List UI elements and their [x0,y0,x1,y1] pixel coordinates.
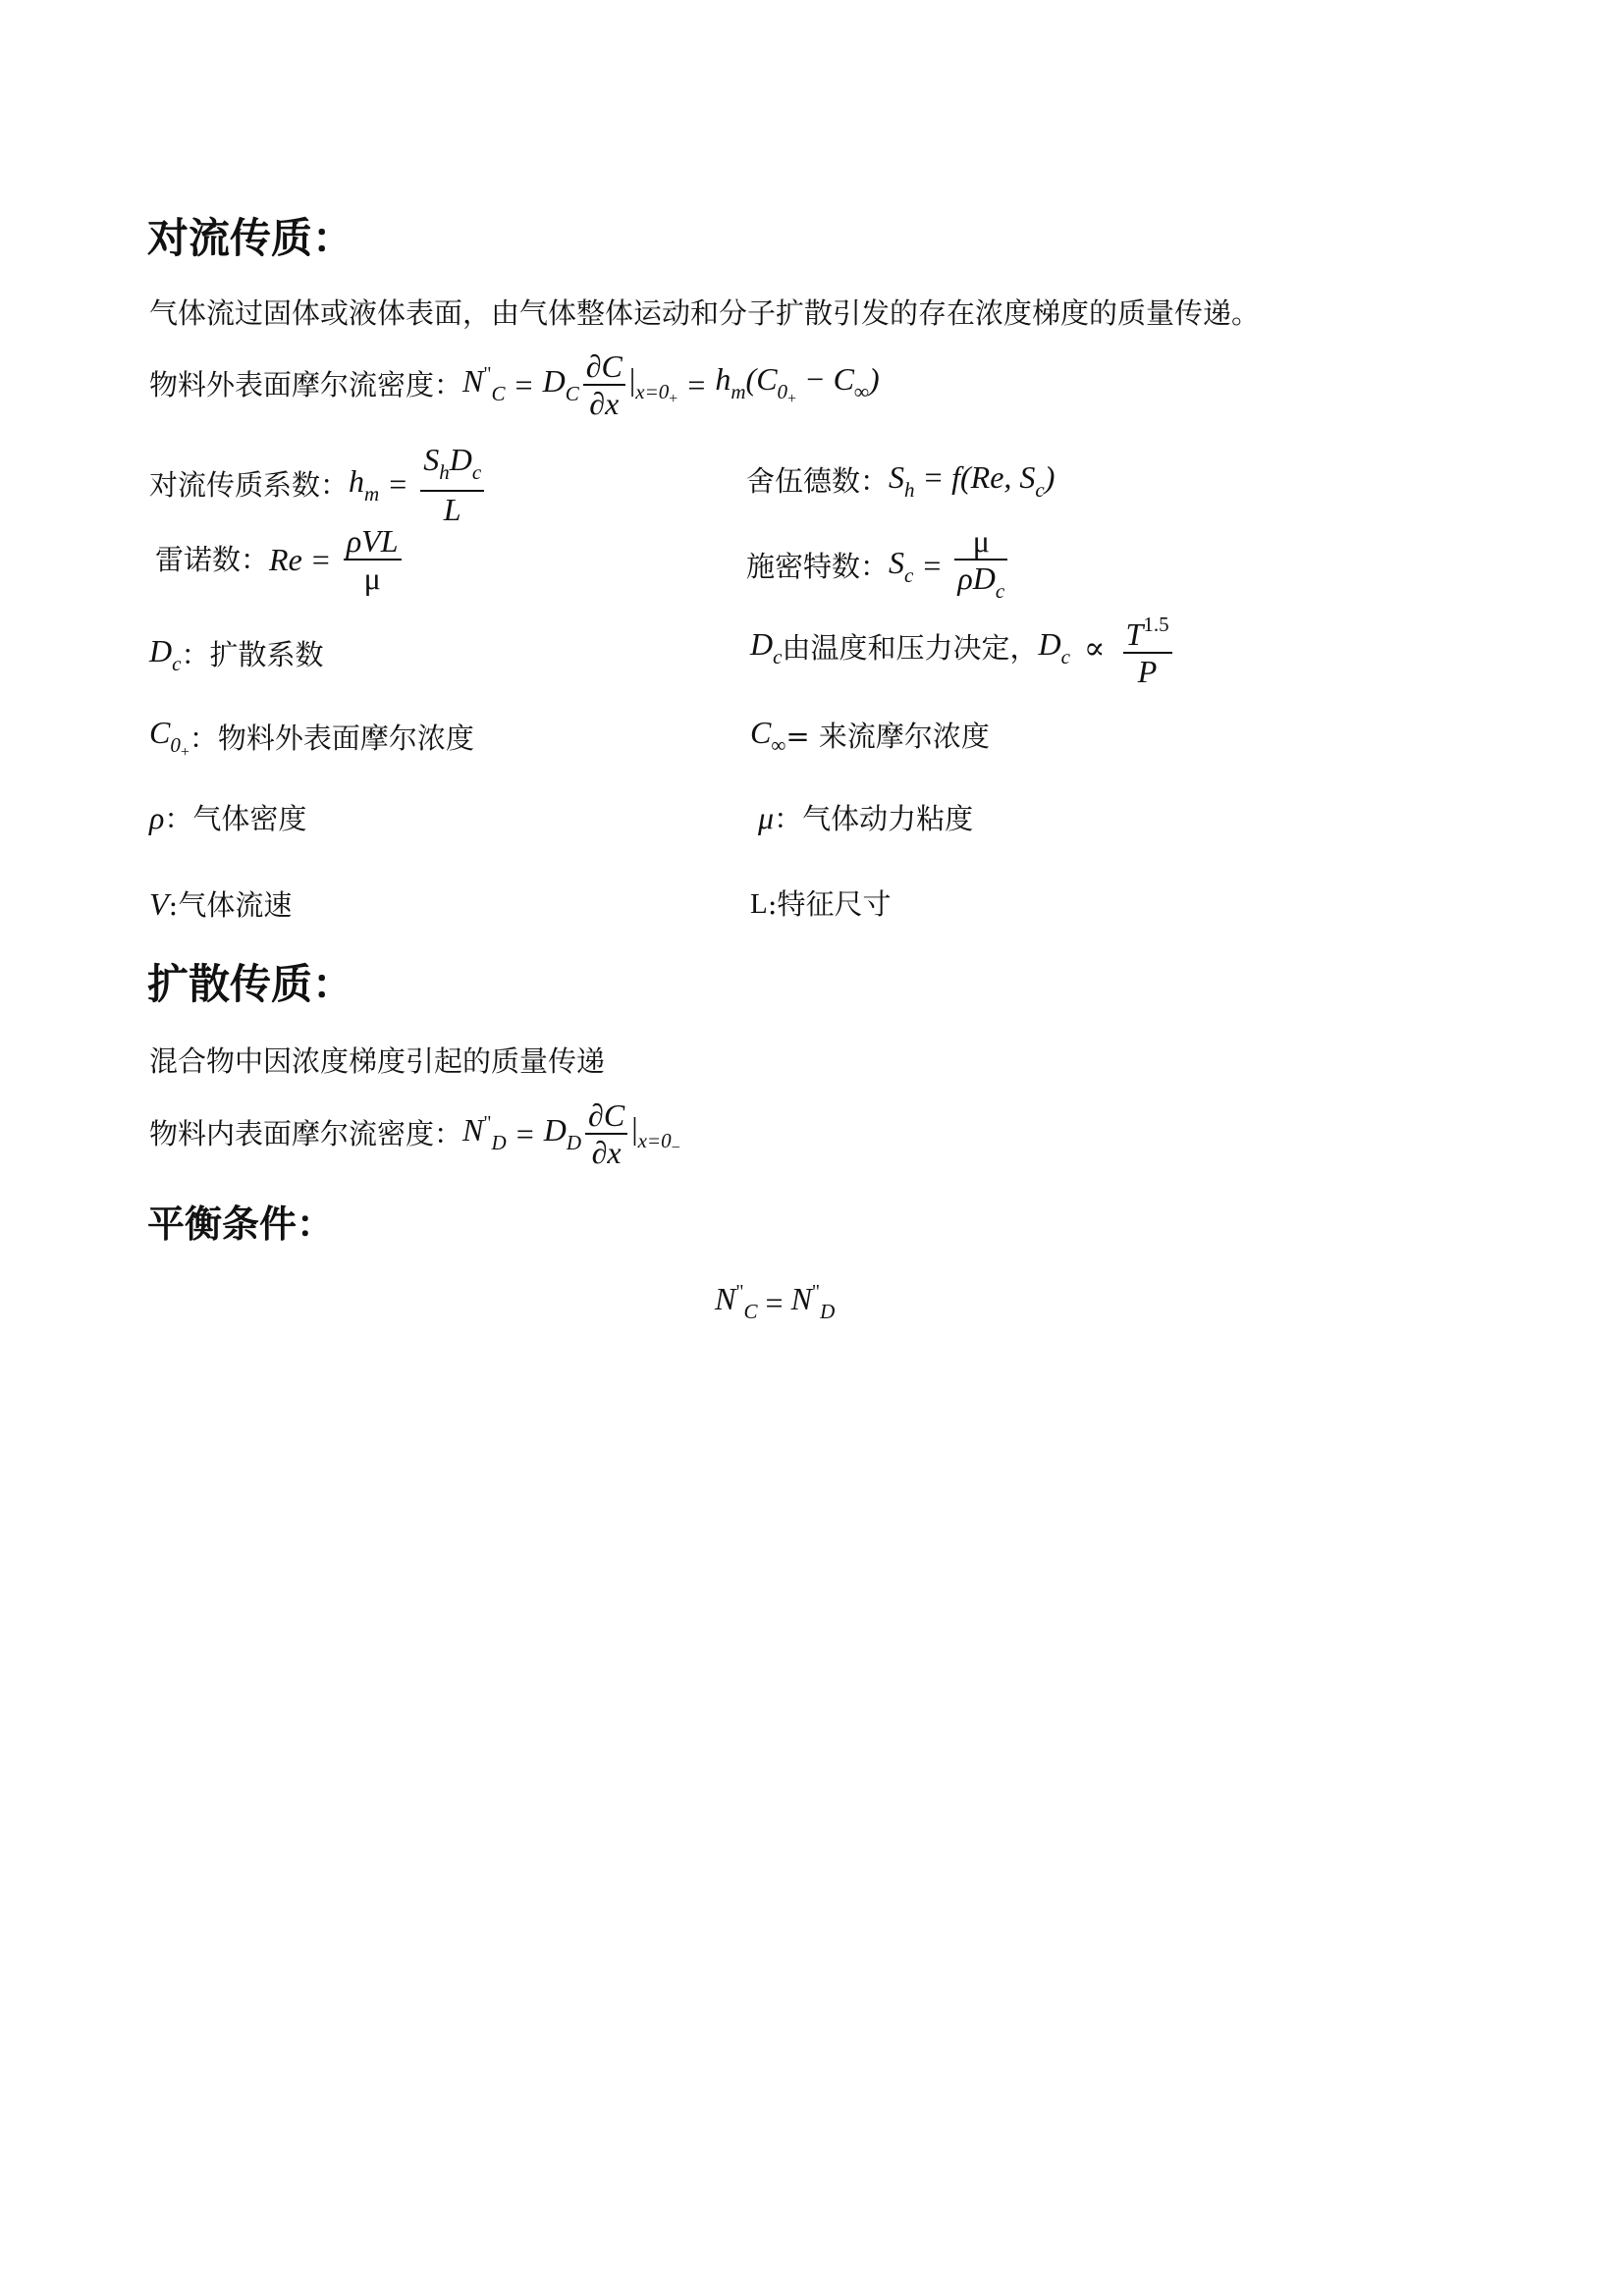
reynolds-number: 雷诺数： Re = ρVL μ [155,523,406,596]
schmidt-label: 施密特数： [746,549,889,584]
balance-equation: N"C = N"D [715,1281,835,1324]
coeff-fraction: ShDc L [420,442,484,527]
reynolds-label: 雷诺数： [155,542,269,577]
flux-coef: DC [543,363,579,406]
diffusion-flux-equation: 物料内表面摩尔流密度： N"D = DD ∂C ∂x |x=0− [149,1097,680,1170]
schmidt-fraction: μ ρDc [954,523,1007,609]
sherwood-number: 舍伍德数： Sh = f(Re, Sc) [746,459,1055,503]
cinf-definition: C∞ = 来流摩尔浓度 [750,715,990,758]
flux-fraction: ∂C ∂x [583,348,625,421]
dc-dependence: Dc 由温度和压力决定， Dc ∝ T1.5 P [750,607,1176,689]
convection-description: 气体流过固体或液体表面，由气体整体运动和分子扩散引发的存在浓度梯度的质量传递。 [149,295,1260,331]
flux-label: 物料外表面摩尔流密度： [149,367,462,402]
dc-fraction: T1.5 P [1123,607,1172,689]
coeff-label: 对流传质系数： [149,467,349,503]
sherwood-label: 舍伍德数： [746,463,889,499]
diffusion-flux-label: 物料内表面摩尔流密度： [149,1116,462,1151]
mu-definition: μ ：气体动力粘度 [758,800,973,836]
schmidt-number: 施密特数： Sc = μ ρDc [746,523,1011,609]
reynolds-fraction: ρVL μ [344,523,402,596]
rho-definition: ρ ：气体密度 [149,800,306,836]
section-heading-balance: 平衡条件： [147,1200,334,1249]
dc-definition: Dc ：扩散系数 [149,633,323,676]
section-heading-convection: 对流传质： [147,214,353,263]
section-heading-diffusion: 扩散传质： [147,960,353,1009]
flux-eval: |x=0+ [629,361,677,408]
diffusion-description: 混合物中因浓度梯度引起的质量传递 [149,1043,605,1079]
flux-rhs: hm(C0+ − C∞) [715,361,879,408]
c0-definition: C0+ ：物料外表面摩尔浓度 [149,715,474,762]
flux-lhs: N"C [462,363,506,406]
convection-coefficient: 对流传质系数： hm = ShDc L [149,442,488,527]
v-definition: V :气体流速 [149,886,292,923]
diffusion-fraction: ∂C ∂x [585,1097,627,1170]
l-definition: L :特征尺寸 [750,886,892,922]
convection-flux-equation: 物料外表面摩尔流密度： N"C = DC ∂C ∂x |x=0+ = hm(C0… [149,348,880,421]
